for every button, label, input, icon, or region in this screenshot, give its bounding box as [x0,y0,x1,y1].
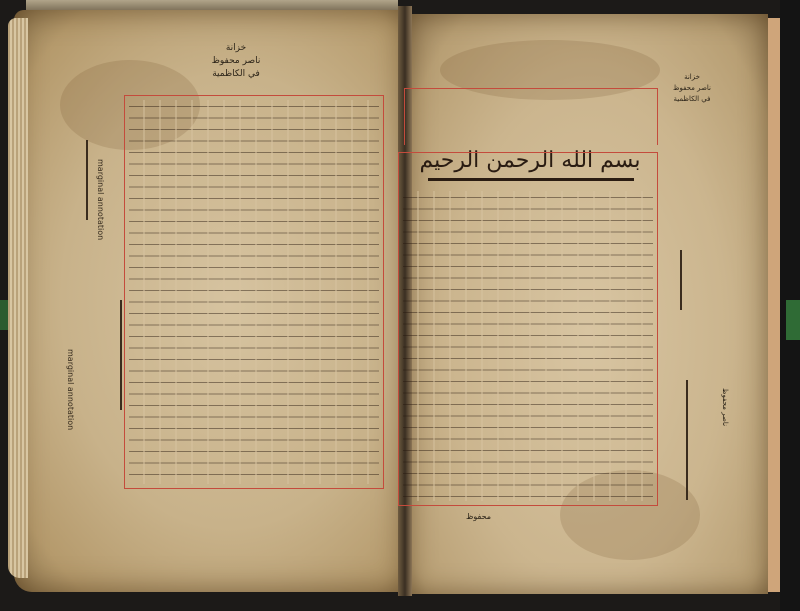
margin-line [120,300,122,410]
manuscript-photo: خزانة ناصر محفوظ في الكاظمية marginal an… [0,0,800,611]
margin-note: marginal annotation [66,290,75,430]
handwritten-text-lines [403,191,653,501]
ownership-line: ناصر محفوظ [721,388,729,426]
right-text-block [398,152,658,506]
margin-line [686,380,688,500]
ownership-line: في الكاظمية [196,68,276,81]
ownership-note-left: خزانة ناصر محفوظ في الكاظمية [196,42,276,81]
green-bookmark-left [0,300,8,330]
ownership-line: في الكاظمية [664,94,720,105]
ownership-line: ناصر محفوظ [664,83,720,94]
left-page-fore-edge [8,18,28,578]
ownership-line: ناصر محفوظ [196,55,276,68]
right-header-frame [404,88,658,145]
green-bookmark-right [786,300,800,340]
ownership-note-right: خزانة ناصر محفوظ في الكاظمية [664,72,720,105]
margin-line [680,250,682,310]
margin-line [86,140,88,220]
ownership-line: خزانة [664,72,720,83]
margin-note: marginal annotation [96,150,105,240]
bottom-note: محفوظ [466,512,491,521]
handwritten-text-lines [129,100,379,484]
ownership-line: خزانة [196,42,276,55]
ownership-note-right-bottom: ناصر محفوظ [690,388,730,426]
left-text-block [124,95,384,489]
